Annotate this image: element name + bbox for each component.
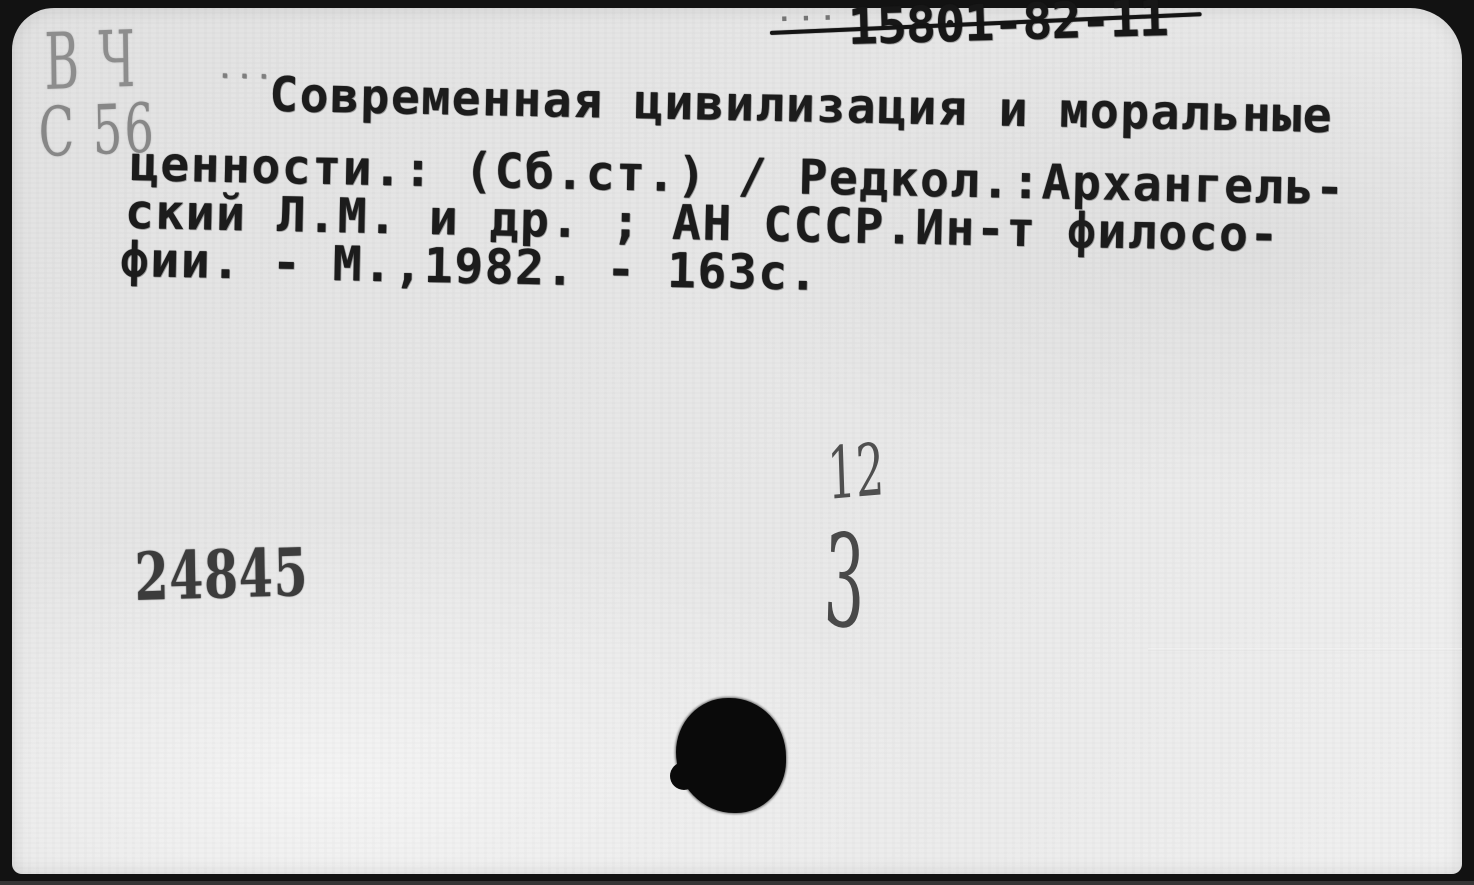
handwritten-note-upper: 12: [826, 427, 885, 516]
handwritten-note-lower: 3: [822, 506, 867, 659]
bibliographic-entry: ··· Современная цивилизация и моральные …: [125, 60, 1400, 345]
scanner-bed-strip: [0, 881, 1474, 885]
card-bottom-edge: [8, 874, 1466, 881]
ink-dots: ···: [217, 62, 276, 91]
card-seam-line: [1148, 648, 1462, 651]
accession-number-stamp: 24845: [134, 533, 309, 616]
scanned-catalog-card-page: ···15801-82-11 В Ч С 56 ··· Современная …: [0, 0, 1474, 885]
